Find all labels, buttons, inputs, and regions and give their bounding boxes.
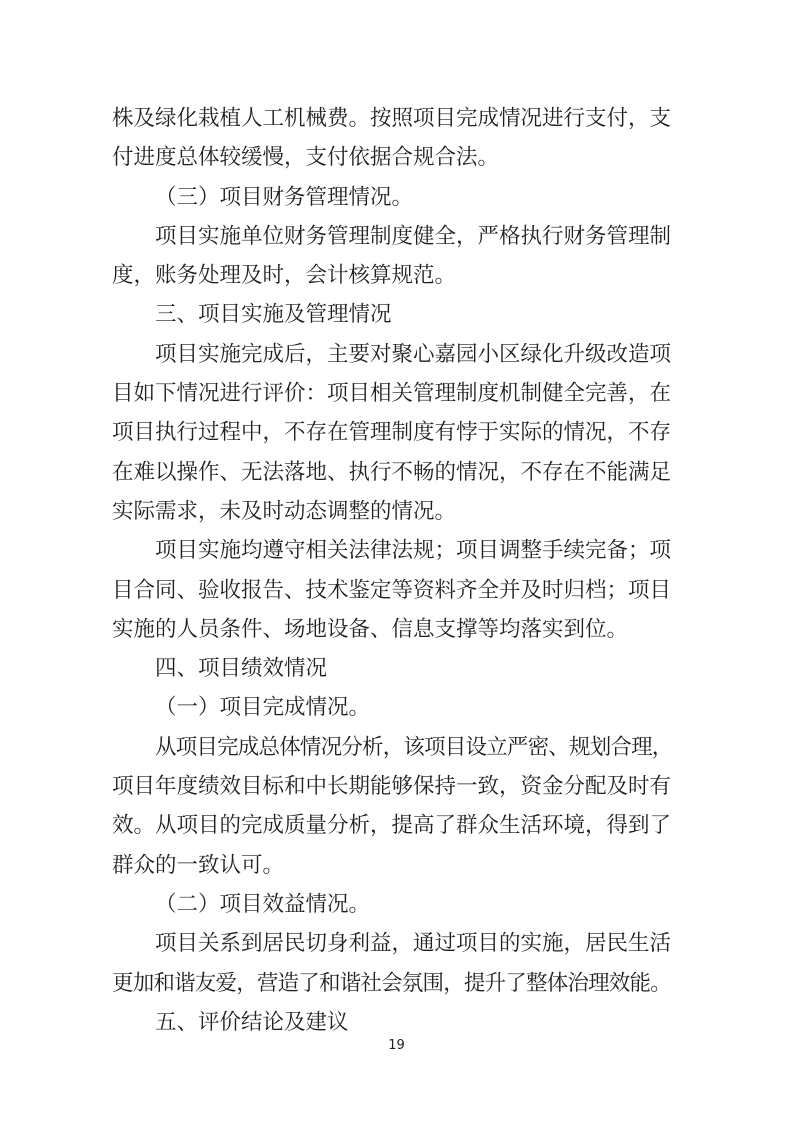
paragraph: 项目关系到居民切身利益，通过项目的实施，居民生活更加和谐友爱，营造了和谐社会氛围… (112, 924, 674, 1003)
text-line: 实际需求，未及时动态调整的情况。 (112, 492, 674, 531)
paragraph: 项目实施完成后，主要对聚心嘉园小区绿化升级改造项目如下情况进行评价：项目相关管理… (112, 335, 674, 531)
paragraph: （三）项目财务管理情况。 (112, 178, 674, 217)
page-footer: 19 (0, 1038, 793, 1053)
page-number: 19 (388, 1038, 405, 1053)
text-line: 五、评价结论及建议 (112, 1003, 674, 1042)
text-line: 更加和谐友爱，营造了和谐社会氛围，提升了整体治理效能。 (112, 964, 674, 1003)
text-line: 项目执行过程中，不存在管理制度有悖于实际的情况，不存 (112, 413, 674, 452)
text-line: （一）项目完成情况。 (112, 688, 674, 727)
paragraph: 项目实施均遵守相关法律法规；项目调整手续完备；项目合同、验收报告、技术鉴定等资料… (112, 531, 674, 649)
text-line: 度，账务处理及时，会计核算规范。 (112, 256, 674, 295)
text-line: 四、项目绩效情况 (112, 649, 674, 688)
text-line: 实施的人员条件、场地设备、信息支撑等均落实到位。 (112, 610, 674, 649)
text-line: 付进度总体较缓慢，支付依据合规合法。 (112, 138, 674, 177)
text-line: 效。从项目的完成质量分析，提高了群众生活环境，得到了 (112, 806, 674, 845)
paragraph: 五、评价结论及建议 (112, 1003, 674, 1042)
text-line: 项目年度绩效目标和中长期能够保持一致，资金分配及时有 (112, 767, 674, 806)
text-line: 在难以操作、无法落地、执行不畅的情况，不存在不能满足 (112, 453, 674, 492)
paragraph: 三、项目实施及管理情况 (112, 295, 674, 334)
text-line: 三、项目实施及管理情况 (112, 295, 674, 334)
text-line: 目如下情况进行评价：项目相关管理制度机制健全完善，在 (112, 374, 674, 413)
text-line: 从项目完成总体情况分析，该项目设立严密、规划合理， (112, 728, 674, 767)
paragraph: （二）项目效益情况。 (112, 885, 674, 924)
paragraph: 从项目完成总体情况分析，该项目设立严密、规划合理，项目年度绩效目标和中长期能够保… (112, 728, 674, 885)
text-line: 项目关系到居民切身利益，通过项目的实施，居民生活 (112, 924, 674, 963)
document-page: 株及绿化栽植人工机械费。按照项目完成情况进行支付，支付进度总体较缓慢，支付依据合… (0, 0, 793, 1122)
paragraph: 项目实施单位财务管理制度健全，严格执行财务管理制度，账务处理及时，会计核算规范。 (112, 217, 674, 296)
text-line: 项目实施单位财务管理制度健全，严格执行财务管理制 (112, 217, 674, 256)
text-line: （三）项目财务管理情况。 (112, 178, 674, 217)
paragraph: 株及绿化栽植人工机械费。按照项目完成情况进行支付，支付进度总体较缓慢，支付依据合… (112, 99, 674, 178)
text-line: （二）项目效益情况。 (112, 885, 674, 924)
text-line: 群众的一致认可。 (112, 846, 674, 885)
text-line: 项目实施均遵守相关法律法规；项目调整手续完备；项 (112, 531, 674, 570)
text-line: 项目实施完成后，主要对聚心嘉园小区绿化升级改造项 (112, 335, 674, 374)
document-body: 株及绿化栽植人工机械费。按照项目完成情况进行支付，支付进度总体较缓慢，支付依据合… (112, 99, 674, 1042)
paragraph: （一）项目完成情况。 (112, 688, 674, 727)
paragraph: 四、项目绩效情况 (112, 649, 674, 688)
text-line: 株及绿化栽植人工机械费。按照项目完成情况进行支付，支 (112, 99, 674, 138)
text-line: 目合同、验收报告、技术鉴定等资料齐全并及时归档；项目 (112, 571, 674, 610)
